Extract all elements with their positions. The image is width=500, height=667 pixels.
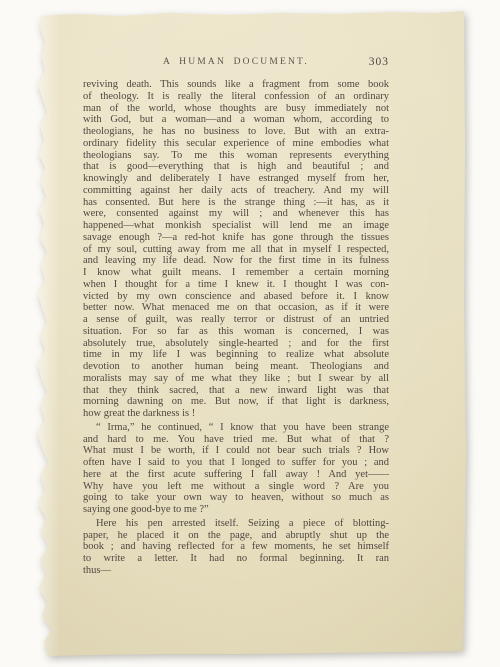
text-line: Why have you left me without a single wo… xyxy=(83,481,389,493)
text-line: devotion to another human being meant. T… xyxy=(83,361,389,373)
text-line: of theology. It is really the literal co… xyxy=(83,91,389,103)
text-line: when I thought for a time I knew it. I t… xyxy=(83,279,389,291)
text-line: theologians, he has no business to love.… xyxy=(83,126,389,138)
text-line: with God, but a woman—and a woman whom, … xyxy=(83,114,389,126)
running-header: A HUMAN DOCUMENT. 303 xyxy=(83,57,389,71)
text-line: reviving death. This sounds like a fragm… xyxy=(83,79,389,91)
text-line: that they think sacred, that a new inwar… xyxy=(83,385,389,397)
text-line: going to take your own way to heaven, wi… xyxy=(83,492,389,504)
text-line: often have I said to you that I longed t… xyxy=(83,457,389,469)
text-line: savage enough ?—a red-hot knife has gone… xyxy=(83,232,389,244)
text-line: book ; and having reflected for a few mo… xyxy=(83,541,389,553)
text-line: theologians say. To me this woman repres… xyxy=(83,150,389,162)
text-line: “ Irma,” he continued, “ I know that you… xyxy=(83,422,389,434)
text-line: victed by my own conscience and abased b… xyxy=(83,291,389,303)
text-line: I know what guilt means. I remember a ce… xyxy=(83,267,389,279)
text-line: and leaving my life dead. Now for the fi… xyxy=(83,255,389,267)
text-line: were, consented against my will ; and wh… xyxy=(83,208,389,220)
scan-backdrop: A HUMAN DOCUMENT. 303 reviving death. Th… xyxy=(0,0,500,667)
text-line: a sense of guilt, was really terror or d… xyxy=(83,314,389,326)
text-line: time in my life I was beginning to reali… xyxy=(83,349,389,361)
text-line: how great the darkness is ! xyxy=(83,408,389,420)
text-line: What must I be worth, if I could not bea… xyxy=(83,445,389,457)
text-line: situation. For so far as this woman is c… xyxy=(83,326,389,338)
text-line: and hard to me. You have tried me. But w… xyxy=(83,434,389,446)
text-line: has consented. But here is the strange t… xyxy=(83,197,389,209)
page-number: 303 xyxy=(369,56,389,68)
text-line: committing against her daily acts of tre… xyxy=(83,185,389,197)
text-line: of my soul, cutting away from me all tha… xyxy=(83,244,389,256)
body-text: reviving death. This sounds like a fragm… xyxy=(83,79,389,577)
paragraph: reviving death. This sounds like a fragm… xyxy=(83,79,389,420)
text-line: saying one good-bye to me ?” xyxy=(83,504,389,516)
text-line: absolutely true, absolutely single-heart… xyxy=(83,338,389,350)
text-line: paper, he placed it on the page, and abr… xyxy=(83,530,389,542)
text-line: morning dawning on me. But now, if that … xyxy=(83,396,389,408)
text-line: happened—what monkish specialist will le… xyxy=(83,220,389,232)
running-header-title: A HUMAN DOCUMENT. xyxy=(83,57,389,67)
text-line: ordinary fidelity this secular experienc… xyxy=(83,138,389,150)
paragraph: “ Irma,” he continued, “ I know that you… xyxy=(83,422,389,516)
text-line: moralists may say of me what they like ;… xyxy=(83,373,389,385)
paragraph: Here his pen arrested itself. Seizing a … xyxy=(83,518,389,577)
book-page: A HUMAN DOCUMENT. 303 reviving death. Th… xyxy=(0,0,500,667)
text-line: here at the first acute suffering I fall… xyxy=(83,469,389,481)
text-line: man of the world, whose thoughts are bus… xyxy=(83,103,389,115)
text-line: that is good—everything that is high and… xyxy=(83,161,389,173)
paper-sheet: A HUMAN DOCUMENT. 303 reviving death. Th… xyxy=(0,0,500,667)
text-line: Here his pen arrested itself. Seizing a … xyxy=(83,518,389,530)
text-line: knowingly and deliberately I have estran… xyxy=(83,173,389,185)
text-line: thus— xyxy=(83,565,389,577)
text-line: to write a letter. It had no formal begi… xyxy=(83,553,389,565)
torn-edge-highlight xyxy=(34,0,60,667)
text-line: better now. What menaced me on that occa… xyxy=(83,302,389,314)
